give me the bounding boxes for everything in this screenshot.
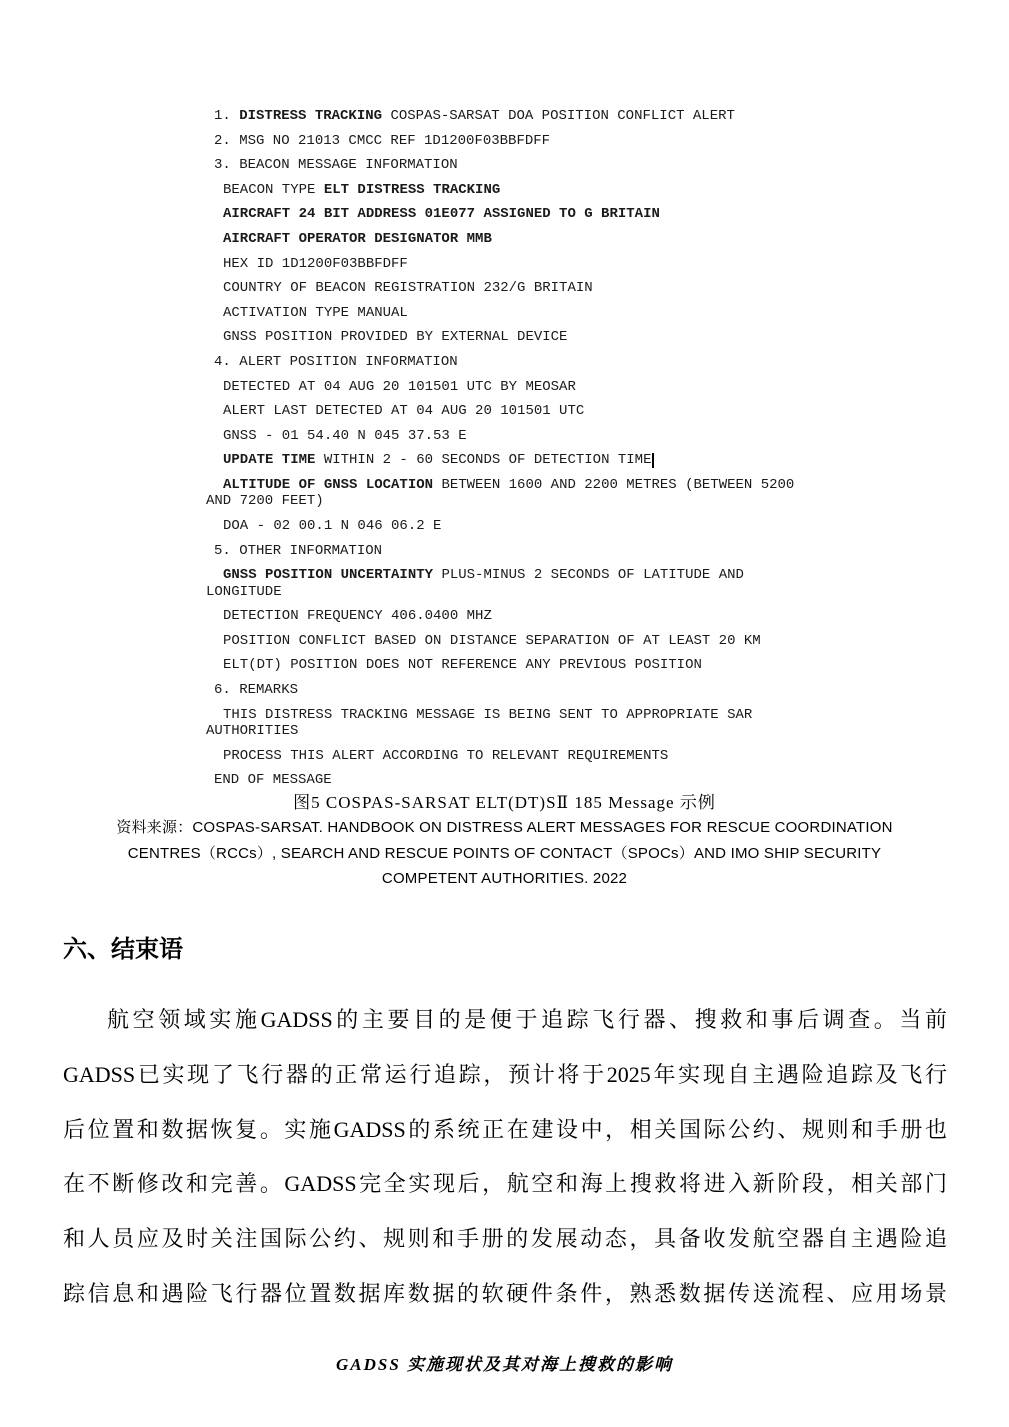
- message-segment: ALERT LAST DETECTED AT 04 AUG 20 101501 …: [223, 403, 584, 419]
- message-line: DOA - 02 00.1 N 046 06.2 E: [206, 518, 886, 535]
- message-segment: GNSS - 01 54.40 N 045 37.53 E: [223, 428, 467, 444]
- elt-dt-message-block[interactable]: 1. DISTRESS TRACKING COSPAS-SARSAT DOA P…: [206, 108, 886, 789]
- message-segment: ELT DISTRESS TRACKING: [324, 182, 500, 198]
- message-line: 1. DISTRESS TRACKING COSPAS-SARSAT DOA P…: [206, 108, 886, 125]
- message-segment: END OF MESSAGE: [214, 772, 332, 788]
- paragraph-line: GADSS已实现了飞行器的正常运行追踪，预计将于2025年实现自主遇险追踪及飞行: [63, 1048, 947, 1103]
- source-line: 资料来源：COSPAS-SARSAT. HANDBOOK ON DISTRESS…: [0, 815, 1009, 841]
- message-line: POSITION CONFLICT BASED ON DISTANCE SEPA…: [206, 633, 886, 650]
- message-line: HEX ID 1D1200F03BBFDFF: [206, 256, 886, 273]
- message-line: DETECTION FREQUENCY 406.0400 MHZ: [206, 608, 886, 625]
- message-segment: GNSS POSITION UNCERTAINTY: [223, 567, 433, 583]
- message-line: LONGITUDE: [206, 584, 886, 601]
- message-segment: 1.: [214, 108, 239, 124]
- message-segment: AIRCRAFT OPERATOR DESIGNATOR MMB: [223, 231, 492, 247]
- message-line: BEACON TYPE ELT DISTRESS TRACKING: [206, 182, 886, 199]
- message-line: GNSS POSITION UNCERTAINTY PLUS-MINUS 2 S…: [206, 567, 886, 584]
- message-segment: ACTIVATION TYPE MANUAL: [223, 305, 408, 321]
- message-segment: PROCESS THIS ALERT ACCORDING TO RELEVANT…: [223, 748, 668, 764]
- message-segment: POSITION CONFLICT BASED ON DISTANCE SEPA…: [223, 633, 761, 649]
- message-line: COUNTRY OF BEACON REGISTRATION 232/G BRI…: [206, 280, 886, 297]
- message-line: ELT(DT) POSITION DOES NOT REFERENCE ANY …: [206, 657, 886, 674]
- message-segment: WITHIN 2 - 60 SECONDS OF DETECTION TIME: [315, 452, 651, 468]
- message-segment: AND 7200 FEET): [206, 493, 324, 509]
- message-line: GNSS - 01 54.40 N 045 37.53 E: [206, 428, 886, 445]
- message-segment: 3. BEACON MESSAGE INFORMATION: [214, 157, 458, 173]
- message-segment: PLUS-MINUS 2 SECONDS OF LATITUDE AND: [433, 567, 744, 583]
- message-segment: 4. ALERT POSITION INFORMATION: [214, 354, 458, 370]
- message-line: 2. MSG NO 21013 CMCC REF 1D1200F03BBFDFF: [206, 133, 886, 150]
- text-cursor: [652, 453, 654, 468]
- message-segment: DISTRESS TRACKING: [239, 108, 382, 124]
- paragraph-line: 踪信息和遇险飞行器位置数据库数据的软硬件条件，熟悉数据传送流程、应用场景: [63, 1267, 947, 1322]
- message-line: AIRCRAFT 24 BIT ADDRESS 01E077 ASSIGNED …: [206, 206, 886, 223]
- message-segment: 2. MSG NO 21013 CMCC REF 1D1200F03BBFDFF: [214, 133, 550, 149]
- message-segment: AUTHORITIES: [206, 723, 298, 739]
- message-line: THIS DISTRESS TRACKING MESSAGE IS BEING …: [206, 707, 886, 724]
- message-segment: 6. REMARKS: [214, 682, 298, 698]
- message-line: ACTIVATION TYPE MANUAL: [206, 305, 886, 322]
- message-line: ALTITUDE OF GNSS LOCATION BETWEEN 1600 A…: [206, 477, 886, 494]
- source-line: COMPETENT AUTHORITIES. 2022: [0, 866, 1009, 892]
- document-page: 1. DISTRESS TRACKING COSPAS-SARSAT DOA P…: [0, 0, 1009, 1427]
- paragraph-line: 和人员应及时关注国际公约、规则和手册的发展动态，具备收发航空器自主遇险追: [63, 1212, 947, 1267]
- message-line: 4. ALERT POSITION INFORMATION: [206, 354, 886, 371]
- message-segment: BEACON TYPE: [223, 182, 324, 198]
- message-segment: THIS DISTRESS TRACKING MESSAGE IS BEING …: [223, 707, 752, 723]
- section-heading: 六、结束语: [63, 929, 183, 964]
- page-footer: GADSS 实施现状及其对海上搜救的影响: [0, 1350, 1009, 1375]
- message-segment: 5. OTHER INFORMATION: [214, 543, 382, 559]
- message-line: DETECTED AT 04 AUG 20 101501 UTC BY MEOS…: [206, 379, 886, 396]
- message-segment: HEX ID 1D1200F03BBFDFF: [223, 256, 408, 272]
- message-segment: BETWEEN 1600 AND 2200 METRES (BETWEEN 52…: [433, 477, 794, 493]
- message-line: ALERT LAST DETECTED AT 04 AUG 20 101501 …: [206, 403, 886, 420]
- message-segment: GNSS POSITION PROVIDED BY EXTERNAL DEVIC…: [223, 329, 567, 345]
- message-line: UPDATE TIME WITHIN 2 - 60 SECONDS OF DET…: [206, 452, 886, 469]
- figure-source: 资料来源：COSPAS-SARSAT. HANDBOOK ON DISTRESS…: [0, 815, 1009, 892]
- paragraph-line: 在不断修改和完善。GADSS完全实现后，航空和海上搜救将进入新阶段，相关部门: [63, 1157, 947, 1212]
- message-segment: COUNTRY OF BEACON REGISTRATION 232/G BRI…: [223, 280, 593, 296]
- message-line: 3. BEACON MESSAGE INFORMATION: [206, 157, 886, 174]
- message-segment: DETECTED AT 04 AUG 20 101501 UTC BY MEOS…: [223, 379, 576, 395]
- message-segment: AIRCRAFT 24 BIT ADDRESS 01E077 ASSIGNED …: [223, 206, 660, 222]
- message-line: GNSS POSITION PROVIDED BY EXTERNAL DEVIC…: [206, 329, 886, 346]
- message-line: END OF MESSAGE: [206, 772, 886, 789]
- message-line: 5. OTHER INFORMATION: [206, 543, 886, 560]
- figure-caption: 图5 COSPAS-SARSAT ELT(DT)SⅡ 185 Message 示…: [0, 788, 1009, 813]
- message-segment: COSPAS-SARSAT DOA POSITION CONFLICT ALER…: [382, 108, 735, 124]
- message-line: 6. REMARKS: [206, 682, 886, 699]
- message-line: PROCESS THIS ALERT ACCORDING TO RELEVANT…: [206, 748, 886, 765]
- message-segment: DOA - 02 00.1 N 046 06.2 E: [223, 518, 441, 534]
- body-paragraph: 航空领域实施GADSS的主要目的是便于追踪飞行器、搜救和事后调查。当前GADSS…: [63, 993, 947, 1322]
- message-line: AND 7200 FEET): [206, 493, 886, 510]
- source-line: CENTRES（RCCs）, SEARCH AND RESCUE POINTS …: [0, 841, 1009, 867]
- paragraph-line: 后位置和数据恢复。实施GADSS的系统正在建设中，相关国际公约、规则和手册也: [63, 1103, 947, 1158]
- message-line: AUTHORITIES: [206, 723, 886, 740]
- message-segment: LONGITUDE: [206, 584, 282, 600]
- paragraph-line: 航空领域实施GADSS的主要目的是便于追踪飞行器、搜救和事后调查。当前: [63, 993, 947, 1048]
- message-segment: ELT(DT) POSITION DOES NOT REFERENCE ANY …: [223, 657, 702, 673]
- message-segment: DETECTION FREQUENCY 406.0400 MHZ: [223, 608, 492, 624]
- message-line: AIRCRAFT OPERATOR DESIGNATOR MMB: [206, 231, 886, 248]
- message-segment: ALTITUDE OF GNSS LOCATION: [223, 477, 433, 493]
- message-segment: UPDATE TIME: [223, 452, 315, 468]
